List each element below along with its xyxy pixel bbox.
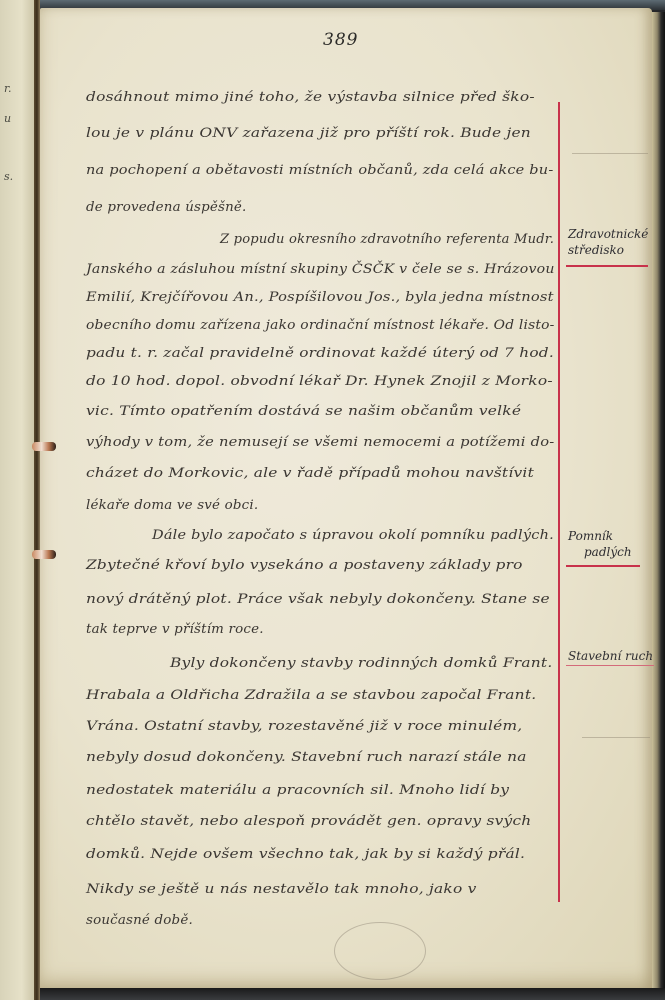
text-line: Z popudu okresního zdravotního referenta… xyxy=(220,232,554,247)
margin-note-war-memorial: Pomník padlých xyxy=(568,528,632,560)
page-number: 389 xyxy=(323,30,358,50)
text-line: Zbytečné křoví bylo vysekáno a postaveny… xyxy=(86,558,523,573)
text-line: domků. Nejde ovšem všechno tak, jak by s… xyxy=(86,847,525,862)
margin-note-underline xyxy=(566,265,648,267)
text-line: lou je v plánu ONV zařazena již pro příš… xyxy=(86,126,531,141)
left-page-fragment: s. xyxy=(4,170,13,183)
pencil-rule xyxy=(572,153,648,154)
text-line: vic. Tímto opatřením dostává se našim ob… xyxy=(86,404,521,419)
margin-note-line: Pomník xyxy=(568,528,632,544)
text-line: Vrána. Ostatní stavby, rozestavěné již v… xyxy=(86,719,522,734)
text-line: padu t. r. začal pravidelně ordinovat ka… xyxy=(86,346,554,361)
text-line: Janského a zásluhou místní skupiny ČSČK … xyxy=(86,262,555,277)
left-page-edge: r. u s. xyxy=(0,0,36,1000)
text-line: Emilií, Krejčířovou An., Pospíšilovou Jo… xyxy=(86,290,554,305)
book-bottom-edge xyxy=(40,988,665,1000)
text-line: současné době. xyxy=(86,913,193,928)
text-line: dosáhnout mimo jiné toho, že výstavba si… xyxy=(86,90,535,105)
faint-stamp-impression xyxy=(334,922,426,980)
text-line: Nikdy se ještě u nás nestavělo tak mnoho… xyxy=(86,882,477,897)
text-line: na pochopení a obětavosti místních občan… xyxy=(86,163,553,178)
margin-note-health-center: Zdravotnické středisko xyxy=(568,226,648,258)
text-line: chtělo stavět, nebo alespoň provádět gen… xyxy=(86,814,531,829)
margin-note-line: padlých xyxy=(568,544,632,560)
text-line: výhody v tom, že nemusejí se všemi nemoc… xyxy=(86,435,554,450)
text-line: nebyly dosud dokončeny. Stavební ruch na… xyxy=(86,750,527,765)
margin-note-line: Stavební ruch xyxy=(568,648,653,664)
text-line: nový drátěný plot. Práce však nebyly dok… xyxy=(86,592,550,607)
text-line: lékaře doma ve své obci. xyxy=(86,498,258,513)
text-line: cházet do Morkovic, ale v řadě případů m… xyxy=(86,466,534,481)
margin-red-rule xyxy=(558,102,560,902)
text-line: Dále bylo započato s úpravou okolí pomní… xyxy=(152,528,554,543)
margin-note-construction: Stavební ruch xyxy=(568,648,653,664)
text-line: do 10 hod. dopol. obvodní lékař Dr. Hyne… xyxy=(86,374,553,389)
text-line: Hrabala a Oldřicha Zdražila a se stavbou… xyxy=(86,688,536,703)
binding-thread xyxy=(32,550,56,559)
left-page-fragment: u xyxy=(4,112,11,125)
margin-note-line: Zdravotnické xyxy=(568,226,648,242)
text-line: tak teprve v příštím roce. xyxy=(86,622,264,637)
margin-note-underline xyxy=(566,565,640,567)
margin-note-line: středisko xyxy=(568,242,648,258)
left-page-fragment: r. xyxy=(4,82,12,95)
page-right-edge xyxy=(652,12,665,990)
text-line: Byly dokončeny stavby rodinných domků Fr… xyxy=(170,656,552,671)
text-line: obecního domu zařízena jako ordinační mí… xyxy=(86,318,555,333)
pencil-rule xyxy=(582,737,650,738)
text-line: nedostatek materiálu a pracovních sil. M… xyxy=(86,783,509,798)
scanned-book-spread: r. u s. 389 dosáhnout mimo jiné toho, že… xyxy=(0,0,665,1000)
binding-thread xyxy=(32,442,56,451)
margin-note-underline xyxy=(566,665,654,666)
text-line: de provedena úspěšně. xyxy=(86,200,247,215)
